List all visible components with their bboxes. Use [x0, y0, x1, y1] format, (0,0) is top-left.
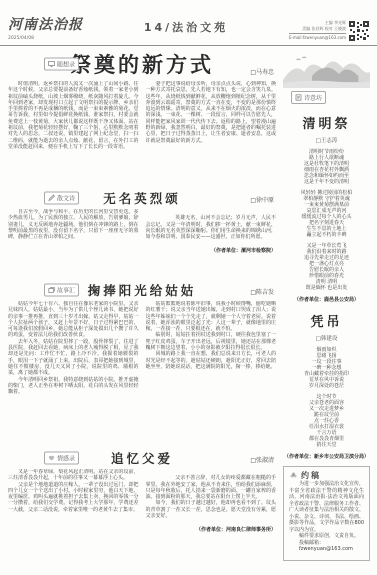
article-title: 掬捧阳光给姑姑: [88, 281, 197, 299]
category-tag-label: 情感录: [57, 453, 75, 462]
flower-icon: [289, 471, 298, 480]
monitor-icon: [48, 61, 55, 68]
content-area: 随想录 祭奠的新方式 □马寿忠 时值清明，返乡祭扫的人流又一次涌上了山间小路。往…: [0, 46, 377, 561]
poem-stanza: 这个时节父亲苍老的面容又一次走进梦乡跪在坟茔前点一炷心香任泪水打湿衣裳千言万语都…: [283, 394, 370, 448]
article-header: 随想录 祭奠的新方式 □马寿忠: [8, 50, 276, 78]
article-new-ways-of-memorial: 随想录 祭奠的新方式 □马寿忠 时值清明，返乡祭扫的人流又一次涌上了山间小路。往…: [8, 50, 276, 181]
poem-title: 凭吊: [283, 311, 370, 330]
article-body: 时值清明，返乡祭扫的人流又一次涌上了山间小路。往年这个时候，父亲总要提前备好香烛…: [8, 81, 276, 181]
pencil-icon: [48, 194, 55, 201]
author-affiliation: （作者单位：河南良仁律师事务所）: [146, 527, 277, 533]
article-sunlight-for-aunt: 故事汇 掬捧阳光给姑姑 □陈吉发 姑姑今年七十有六，独自住在豫东老家的小院里。父…: [8, 273, 276, 441]
sidebar-tag-row: 诗意坊: [283, 91, 370, 104]
contact-email: E-mail:fzwenyuan@163.com: [289, 33, 346, 41]
poem-qingming-memorial: 清明祭 □王志涛 清明时节雨纷纷路上行人欲断魂这是杜牧笔下的清明细雨在杏花村外飘…: [283, 106, 370, 304]
heart-icon: [48, 454, 55, 461]
notice-body: 为进一步加强法治文化宣传，丰富全省政法干警的精神文化生活，河南法治报·法治文苑版…: [289, 481, 364, 553]
body-column-1: 自古至今，战争与和平，在历史的长河里交替更迭。多少热血男儿，为了民族的独立、人民…: [8, 209, 139, 273]
category-tag: 情感录: [44, 451, 79, 464]
poem-stanza: 清明时节雨纷纷路上行人欲断魂这是杜牧笔下的清明细雨在杏花村外飘洒思念和缅怀如约而…: [283, 149, 370, 185]
poem-stanza: 烟雨如织思绪飞扬一坟一段往事一碑一种念想青山藏着牵挂的指印荒草在风中诉说岁月深处…: [283, 347, 370, 389]
article-title: 无名英烈颂: [103, 189, 181, 207]
category-tag-label: 散文诗: [57, 193, 75, 202]
qr-code-icon: [349, 21, 369, 41]
editor-credits: 主编 李光辉 美编 张祥辉 校对 王晓波 E-mail:fzwenyuan@16…: [289, 20, 369, 41]
notice-title: 约稿: [301, 470, 321, 481]
poem-line: 矗立起不朽的丰碑: [283, 232, 370, 238]
poem-author: □王志涛: [283, 136, 370, 144]
poem-stanza: 又是一年草长莺飞我们沿着来时的路追寻先辈走过的足迹把一盏心灯点亮告慰长眠的亲人珍…: [283, 243, 370, 291]
body-column-2-text: 父亲不善言辞，对儿女的疼爱都藏在粗糙的手掌里。我在外地安了家，他从不肯来住，怕给…: [146, 475, 277, 519]
article-body: 自古至今，战争与和平，在历史的长河里交替更迭。多少热血男儿，为了民族的独立、人民…: [8, 209, 276, 273]
issue-date: 2025/04/08: [8, 36, 83, 41]
notice-header: 约稿: [289, 470, 321, 481]
page-number-section: 14/法治文苑: [144, 19, 228, 35]
article-body: 又是一年春草绿，梨花风起正清明。站在父亲的坟前，三炷清香袅袅升起，十年前的往事又…: [8, 469, 276, 561]
article-header: 情感录 追忆父爱 □张淑清: [8, 449, 276, 466]
poem-line: 这是千年不变的清明: [283, 179, 370, 185]
poem-line: 既是缅怀 也是出发: [283, 285, 370, 291]
body-column-1: 时值清明，返乡祭扫的人流又一次涌上了山间小路。往年这个时候，父亲总要提前备好香烛…: [8, 81, 139, 181]
masthead: 河南法治报 2025/04/08: [8, 14, 83, 41]
body-column-2: 英雄无名，山河不会忘记；岁月无声，人民不会忘记。又是一年清明时，我们捧一抔黄土，…: [146, 209, 277, 273]
category-tag: 故事汇: [44, 283, 79, 296]
poem-paying-tribute: 凭吊 □韩建设 烟雨如织思绪飞扬一坟一段往事一碑一种念想青山藏着牵挂的指印荒草在…: [283, 304, 370, 462]
credit-art-proof: 美编 张祥辉 校对 王晓波: [289, 26, 346, 32]
article-remembering-fathers-love: 情感录 追忆父爱 □张淑清 又是一年春草绿，梨花风起正清明。站在父亲的坟前，三炷…: [8, 441, 276, 561]
stacked-pages-icon: [48, 286, 55, 293]
poem-line: 岁月深处的苍茫: [283, 383, 370, 389]
body-column-1: 又是一年春草绿，梨花风起正清明。站在父亲的坟前，三炷清香袅袅升起，十年前的往事又…: [8, 469, 139, 561]
author-affiliation: （作者单位：鹿邑县公安局）: [283, 296, 370, 303]
article-title: 追忆父爱: [111, 449, 173, 467]
poem-line: 捎往天堂: [283, 442, 370, 448]
body-column-2: 姑姑絮絮地说着陈年旧事，说我小时候馋嘴，偷吃她晒的红薯干；说父亲当年送她出嫁，走…: [146, 301, 277, 441]
main-column: 随想录 祭奠的新方式 □马寿忠 时值清明，返乡祭扫的人流又一次涌上了山间小路。往…: [8, 50, 276, 561]
body-column-2: 妻子把这事说给母亲听，母亲点点头说，心到神知，换一种方式寄托哀思，先人若地下有知…: [146, 81, 277, 181]
sidebar: 诗意坊 清明祭 □王志涛 清明时节雨纷纷路上行人欲断魂这是杜牧笔下的清明细雨在杏…: [283, 50, 370, 561]
newspaper-name: 河南法治报: [8, 14, 83, 34]
article-author: □陈吉发: [250, 287, 274, 296]
poem-stanza: 风轻轻 拂过陵园的松柏翠柏静默 守护着英魂一束束黄菊摆满墓前哀思汇成无声的河缓缓…: [283, 190, 370, 238]
category-tag: 诗意坊: [291, 91, 326, 104]
newspaper-page: 河南法治报 2025/04/08 14/法治文苑 主编 李光辉 美编 张祥辉 校…: [0, 0, 377, 575]
article-header: 故事汇 掬捧阳光给姑姑 □陈吉发: [8, 281, 276, 298]
ink-landscape-painting: [283, 50, 370, 88]
category-tag-label: 随想录: [57, 60, 75, 69]
article-ode-to-nameless-martyrs: 散文诗 无名英烈颂 □徐中原 自古至今，战争与和平，在历史的长河里交替更迭。多少…: [8, 181, 276, 273]
article-author: □张淑清: [250, 455, 274, 464]
article-author: □马寿忠: [250, 67, 274, 76]
page-header: 河南法治报 2025/04/08 14/法治文苑 主编 李光辉 美编 张祥辉 校…: [0, 0, 377, 46]
body-column-1: 姑姑今年七十有六，独自住在豫东老家的小院里。父亲兄妹四人，姑姑最小，当年为了供几…: [8, 301, 139, 441]
scroll-icon: [295, 94, 302, 101]
poem-author: □韩建设: [283, 334, 370, 342]
category-tag-label: 故事汇: [57, 285, 75, 294]
article-title: 祭奠的新方式: [70, 49, 214, 79]
article-author: □徐中原: [250, 195, 274, 204]
call-for-submissions-box: 约稿 为进一步加强法治文化宣传，丰富全省政法干警的精神文化生活，河南法治报·法治…: [283, 466, 370, 561]
category-tag: 随想录: [44, 58, 79, 71]
category-tag-label: 诗意坊: [304, 93, 322, 102]
category-tag: 散文诗: [44, 191, 79, 204]
article-header: 散文诗 无名英烈颂 □徐中原: [8, 189, 276, 206]
credit-lines: 主编 李光辉 美编 张祥辉 校对 王晓波 E-mail:fzwenyuan@16…: [289, 20, 346, 41]
body-column-2: 父亲不善言辞，对儿女的疼爱都藏在粗糙的手掌里。我在外地安了家，他从不肯来住，怕给…: [146, 469, 277, 561]
author-affiliation: （作者单位：漯河市检察院）: [146, 248, 277, 254]
author-affiliation: （作者单位：新乡市公安局卫滨分局）: [283, 453, 370, 460]
poem-title: 清明祭: [283, 113, 370, 132]
body-column-2-text: 英雄无名，山河不会忘记；岁月无声，人民不会忘记。又是一年清明时，我们捧一抔黄土，…: [146, 215, 277, 240]
article-body: 姑姑今年七十有六，独自住在豫东老家的小院里。父亲兄妹四人，姑姑最小，当年为了供几…: [8, 301, 276, 441]
